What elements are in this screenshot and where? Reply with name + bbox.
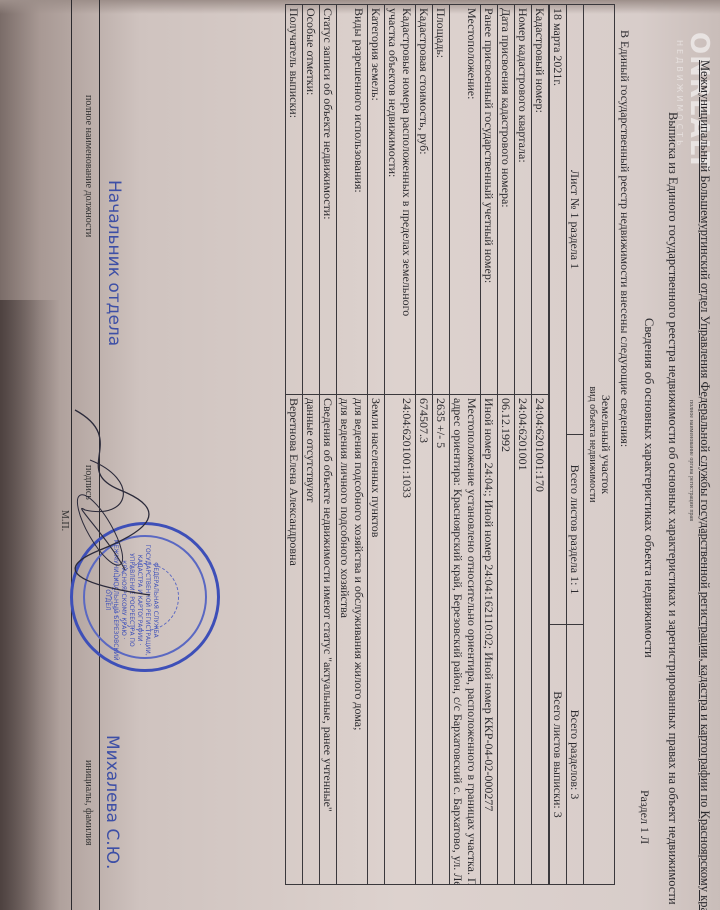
row-label-text: Кадастровый номер:	[533, 8, 547, 391]
photo-shadow	[0, 300, 60, 910]
row-value-text: Земли населенных пунктов	[369, 398, 383, 881]
row-label-text: Площадь:	[434, 8, 448, 391]
row-value: Веретнова Елена Александровна	[286, 395, 303, 885]
characteristics-table: Кадастровый номер:24:04:6201001:170Номер…	[285, 4, 549, 885]
sheet-info-row: Лист № 1 раздела 1 Всего листов раздела …	[567, 5, 584, 885]
row-value-text: 24:04:6201001:170	[533, 398, 547, 881]
row-value: данные отсутствуют	[303, 395, 320, 885]
table-row: Местоположение:Местоположение установлен…	[450, 5, 481, 885]
row-value-text: Местоположение установлено относительно …	[465, 398, 479, 881]
row-label: Кадастровая стоимость, руб:	[416, 5, 433, 395]
sections-total: Всего разделов: 3	[567, 625, 584, 885]
row-label-text: Дата присвоения кадастрового номера:	[499, 8, 513, 391]
position-handwritten: Начальник отдела	[104, 180, 124, 346]
row-label-text: Категория земель:	[369, 8, 383, 391]
row-value-text: 24:04:6201001:1033	[400, 398, 414, 881]
table-row: Особые отметки:данные отсутствуют	[303, 5, 320, 885]
position-caption: полное наименование должности	[83, 95, 94, 237]
row-value-text-2: адрес ориентира: Красноярский край, Бере…	[451, 398, 465, 881]
table-row: Площадь:2635 +/- 5	[433, 5, 450, 885]
row-value: 24:04:6201001	[515, 395, 532, 885]
extract-date: 18 марта 2021г.	[550, 5, 567, 625]
row-label: Получатель выписки:	[286, 5, 303, 395]
table-row: Категория земель:Земли населенных пункто…	[368, 5, 385, 885]
row-label-text: Местоположение:	[465, 8, 479, 391]
row-value-text: данные отсутствуют	[304, 398, 318, 881]
row-value: 06.12.1992	[498, 395, 515, 885]
row-label: Ранее присвоенный государственный учетны…	[481, 5, 498, 395]
object-type-caption: вид объекта недвижимости	[585, 8, 599, 881]
row-value: 24:04:6201001:170	[532, 395, 549, 885]
document-title: Выписка из Единого государственного реес…	[665, 112, 680, 905]
row-label-text: Кадастровые номера расположенных в преде…	[400, 8, 414, 391]
row-label-text: Получатель выписки:	[287, 8, 301, 391]
table-row: Кадастровая стоимость, руб:674507.3	[416, 5, 433, 885]
object-type: Земельный участок	[599, 395, 613, 494]
org-name: Межмуниципальный Большемуртинский отдел …	[697, 60, 712, 910]
table-row: Кадастровые номера расположенных в преде…	[385, 5, 416, 885]
extract-table: Земельный участок вид объекта недвижимос…	[549, 4, 615, 885]
row-label: Местоположение:	[450, 5, 481, 395]
row-label: Категория земель:	[368, 5, 385, 395]
table-row: Статус записи об объекте недвижимости:Св…	[320, 5, 337, 885]
row-label: Особые отметки:	[303, 5, 320, 395]
row-label-text: Виды разрешенного использования:	[352, 8, 366, 391]
row-label: Площадь:	[433, 5, 450, 395]
section-label: Раздел 1 Л	[637, 790, 652, 844]
table-row: Кадастровый номер:24:04:6201001:170	[532, 5, 549, 885]
row-value-text: 06.12.1992	[499, 398, 513, 881]
sheets-total: Всего листов выписки: 3	[550, 625, 567, 885]
row-value: для ведения подсобного хозяйства и обслу…	[337, 395, 368, 885]
intro-text: В Единый государственный реестр недвижим…	[617, 30, 632, 447]
table-row: Виды разрешенного использования:для веде…	[337, 5, 368, 885]
row-value-text: Сведения об объекте недвижимости имеют с…	[321, 398, 335, 881]
row-value-text-2: для ведения личного подсобного хозяйства	[338, 398, 352, 881]
date-row: 18 марта 2021г. Всего листов выписки: 3	[550, 5, 567, 885]
row-value-text: Иной номер 24:04:; Иной номер 24:04:1621…	[482, 398, 496, 881]
handwritten-signature	[60, 400, 170, 600]
document-page: ONREALT НЕДВИЖИМОСТЬ Межмуниципальный Бо…	[0, 0, 720, 910]
row-value: Сведения об объекте недвижимости имеют с…	[320, 395, 337, 885]
name-caption: инициалы, фамилия	[83, 760, 94, 846]
row-value: 24:04:6201001:1033	[385, 395, 416, 885]
table-row: Номер кадастрового квартала:24:04:620100…	[515, 5, 532, 885]
row-label: Статус записи об объекте недвижимости:	[320, 5, 337, 395]
row-value-text: 24:04:6201001	[516, 398, 530, 881]
row-label: Виды разрешенного использования:	[337, 5, 368, 395]
document-subtitle: Сведения об основных характеристиках объ…	[641, 318, 656, 658]
row-value-text: Веретнова Елена Александровна	[287, 398, 301, 881]
row-value: 674507.3	[416, 395, 433, 885]
row-label: Дата присвоения кадастрового номера:	[498, 5, 515, 395]
row-label-text: Кадастровая стоимость, руб:	[417, 8, 431, 391]
row-label: Кадастровые номера расположенных в преде…	[385, 5, 416, 395]
row-label-text: Особые отметки:	[304, 8, 318, 391]
row-value-text: 2635 +/- 5	[434, 398, 448, 881]
table-row: Дата присвоения кадастрового номера:06.1…	[498, 5, 515, 885]
row-value: Иной номер 24:04:; Иной номер 24:04:1621…	[481, 395, 498, 885]
row-label: Кадастровый номер:	[532, 5, 549, 395]
row-label-text: Номер кадастрового квартала:	[516, 8, 530, 391]
row-value: Земли населенных пунктов	[368, 395, 385, 885]
row-label: Номер кадастрового квартала:	[515, 5, 532, 395]
row-label-text: Ранее присвоенный государственный учетны…	[482, 8, 496, 391]
table-row: Получатель выписки:Веретнова Елена Алекс…	[286, 5, 303, 885]
sheet-label: Лист № 1 раздела 1	[567, 5, 584, 435]
official-name: Михалева С.Ю.	[102, 735, 122, 869]
row-value: Местоположение установлено относительно …	[450, 395, 481, 885]
row-value-text: 674507.3	[417, 398, 431, 881]
object-type-cell: Земельный участок вид объекта недвижимос…	[584, 5, 615, 885]
row-label-text: Статус записи об объекте недвижимости:	[321, 8, 335, 391]
row-label-text-2: участка объектов недвижимости:	[386, 8, 400, 391]
sheets-in-section: Всего листов раздела 1: 1	[567, 435, 584, 625]
row-value-text: для ведения подсобного хозяйства и обслу…	[352, 398, 366, 881]
object-type-row: Земельный участок вид объекта недвижимос…	[584, 5, 615, 885]
org-caption: полное наименование органа регистрации п…	[688, 400, 694, 521]
table-row: Ранее присвоенный государственный учетны…	[481, 5, 498, 885]
row-value: 2635 +/- 5	[433, 395, 450, 885]
